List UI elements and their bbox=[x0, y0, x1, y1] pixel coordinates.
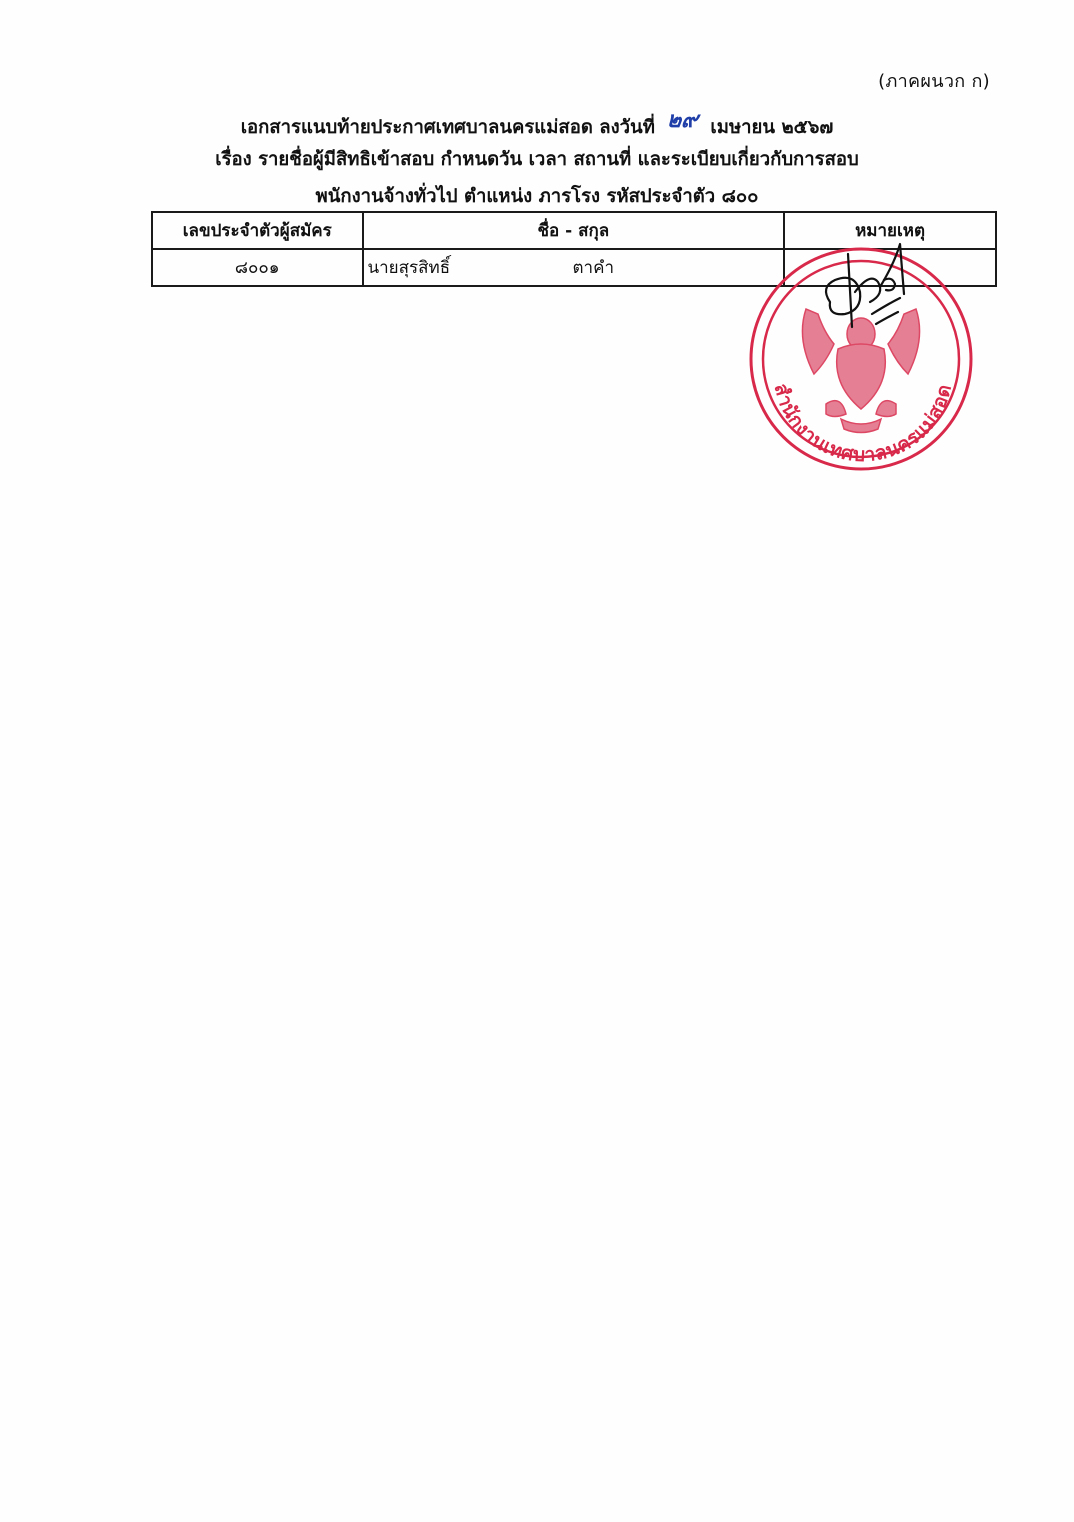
heading-subject: เรื่อง รายชื่อผู้มีสิทธิเข้าสอบ กำหนดวัน… bbox=[0, 145, 1074, 174]
svg-text:สำนักงานเทศบาลนครแม่สอด: สำนักงานเทศบาลนครแม่สอด bbox=[770, 381, 956, 466]
header-full-name: ชื่อ - สกุล bbox=[363, 212, 785, 249]
table-row: ๘๐๐๑ นายสุรสิทธิ์ตาคำ bbox=[152, 249, 996, 286]
heading-announcement: เอกสารแนบท้ายประกาศเทศบาลนครแม่สอด ลงวัน… bbox=[0, 108, 1074, 143]
cell-full-name: นายสุรสิทธิ์ตาคำ bbox=[363, 249, 785, 286]
last-name: ตาคำ bbox=[573, 258, 615, 278]
garuda-emblem-icon bbox=[802, 309, 919, 433]
handwritten-day: ๒๙ bbox=[665, 102, 701, 137]
cell-applicant-id: ๘๐๐๑ bbox=[152, 249, 363, 286]
seal-text: สำนักงานเทศบาลนครแม่สอด bbox=[770, 381, 956, 466]
header-remarks: หมายเหตุ bbox=[784, 212, 996, 249]
header-applicant-id: เลขประจำตัวผู้สมัคร bbox=[152, 212, 363, 249]
applicant-table: เลขประจำตัวผู้สมัคร ชื่อ - สกุล หมายเหตุ… bbox=[151, 211, 997, 287]
table-header-row: เลขประจำตัวผู้สมัคร ชื่อ - สกุล หมายเหตุ bbox=[152, 212, 996, 249]
heading-position: พนักงานจ้างทั่วไป ตำแหน่ง ภารโรง รหัสประ… bbox=[0, 182, 1074, 211]
first-name: นายสุรสิทธิ์ bbox=[368, 254, 573, 281]
appendix-label: (ภาคผนวก ก) bbox=[878, 66, 990, 95]
document-page: (ภาคผนวก ก) เอกสารแนบท้ายประกาศเทศบาลนคร… bbox=[0, 0, 1074, 1522]
heading-announcement-suffix: เมษายน ๒๕๖๗ bbox=[710, 117, 833, 138]
cell-remarks bbox=[784, 249, 996, 286]
heading-announcement-prefix: เอกสารแนบท้ายประกาศเทศบาลนครแม่สอด ลงวัน… bbox=[241, 117, 655, 138]
